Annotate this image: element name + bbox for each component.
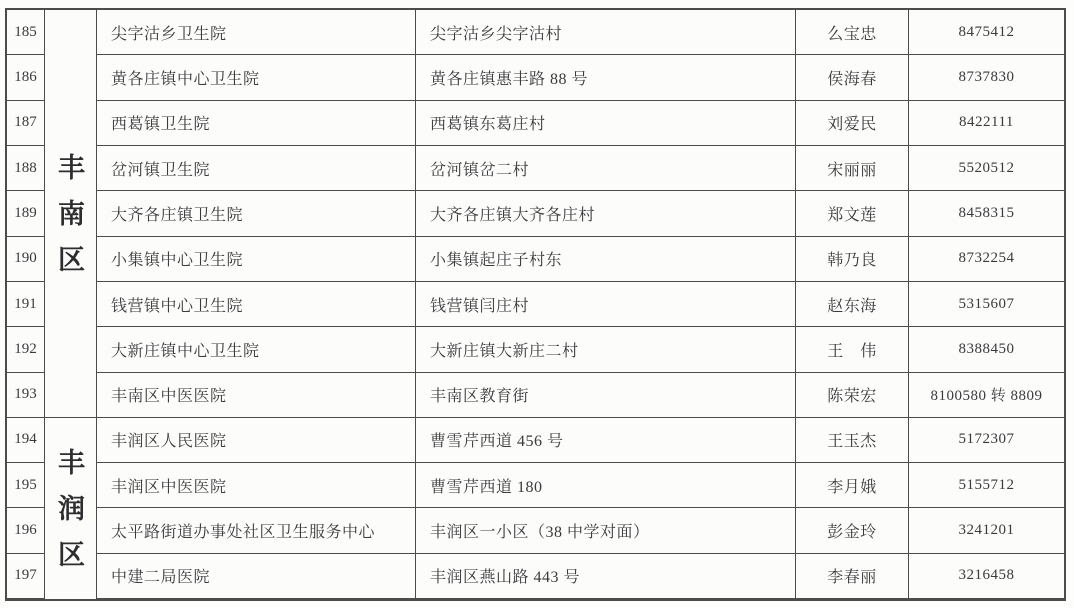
district-spacer	[45, 463, 97, 508]
district-spacer	[45, 554, 97, 599]
district-spacer	[45, 191, 97, 236]
facility-name-cell: 丰润区人民医院	[97, 418, 416, 463]
phone-cell: 3241201	[909, 508, 1064, 553]
row-number-cell: 191	[7, 282, 45, 327]
document-page: 185 尖字沽乡卫生院 尖字沽乡尖字沽村 么宝忠 8475412 186 黄各庄…	[0, 0, 1074, 608]
row-number-cell: 189	[7, 191, 45, 236]
district-spacer	[45, 327, 97, 372]
table-row: 192 大新庄镇中心卫生院 大新庄镇大新庄二村 王 伟 8388450	[7, 327, 1064, 372]
address-cell: 丰南区教育街	[416, 373, 796, 418]
row-number-cell: 188	[7, 146, 45, 191]
address-cell: 曹雪芹西道 456 号	[416, 418, 796, 463]
address-cell: 大齐各庄镇大齐各庄村	[416, 191, 796, 236]
contact-cell: 刘爱民	[796, 101, 909, 146]
facility-name-cell: 大齐各庄镇卫生院	[97, 191, 416, 236]
address-cell: 黄各庄镇惠丰路 88 号	[416, 55, 796, 100]
phone-cell: 8732254	[909, 237, 1064, 282]
contact-cell: 么宝忠	[796, 10, 909, 55]
row-number-cell: 195	[7, 463, 45, 508]
district-spacer	[45, 55, 97, 100]
facility-name-cell: 尖字沽乡卫生院	[97, 10, 416, 55]
address-cell: 钱营镇闫庄村	[416, 282, 796, 327]
phone-cell: 8388450	[909, 327, 1064, 372]
row-number-cell: 196	[7, 508, 45, 553]
row-number-cell: 197	[7, 554, 45, 599]
facility-name-cell: 大新庄镇中心卫生院	[97, 327, 416, 372]
district-spacer	[45, 10, 97, 55]
contact-cell: 陈荣宏	[796, 373, 909, 418]
facility-name-cell: 丰润区中医医院	[97, 463, 416, 508]
contact-cell: 赵东海	[796, 282, 909, 327]
address-cell: 西葛镇东葛庄村	[416, 101, 796, 146]
address-cell: 尖字沽乡尖字沽村	[416, 10, 796, 55]
district-spacer	[45, 146, 97, 191]
table-row: 195 丰润区中医医院 曹雪芹西道 180 李月娥 5155712	[7, 463, 1064, 508]
address-cell: 丰润区燕山路 443 号	[416, 554, 796, 599]
district-spacer	[45, 418, 97, 463]
row-number-cell: 194	[7, 418, 45, 463]
table-row: 186 黄各庄镇中心卫生院 黄各庄镇惠丰路 88 号 侯海春 8737830	[7, 55, 1064, 100]
table-row: 185 尖字沽乡卫生院 尖字沽乡尖字沽村 么宝忠 8475412	[7, 10, 1064, 55]
facility-name-cell: 钱营镇中心卫生院	[97, 282, 416, 327]
contact-cell: 宋丽丽	[796, 146, 909, 191]
contact-cell: 彭金玲	[796, 508, 909, 553]
district-spacer	[45, 282, 97, 327]
facility-name-cell: 西葛镇卫生院	[97, 101, 416, 146]
row-number-cell: 190	[7, 237, 45, 282]
address-cell: 小集镇起庄子村东	[416, 237, 796, 282]
phone-cell: 8737830	[909, 55, 1064, 100]
facility-name-cell: 中建二局医院	[97, 554, 416, 599]
table-row: 197 中建二局医院 丰润区燕山路 443 号 李春丽 3216458	[7, 554, 1064, 599]
district-spacer	[45, 237, 97, 282]
table-row: 196 太平路街道办事处社区卫生服务中心 丰润区一小区（38 中学对面） 彭金玲…	[7, 508, 1064, 553]
row-number-cell: 187	[7, 101, 45, 146]
contact-cell: 王 伟	[796, 327, 909, 372]
district-spacer	[45, 508, 97, 553]
contact-cell: 侯海春	[796, 55, 909, 100]
phone-cell: 5520512	[909, 146, 1064, 191]
row-number-cell: 193	[7, 373, 45, 418]
hospital-contact-table: 185 尖字沽乡卫生院 尖字沽乡尖字沽村 么宝忠 8475412 186 黄各庄…	[5, 8, 1066, 601]
phone-cell: 8422111	[909, 101, 1064, 146]
address-cell: 丰润区一小区（38 中学对面）	[416, 508, 796, 553]
contact-cell: 韩乃良	[796, 237, 909, 282]
table-row: 194 丰润区人民医院 曹雪芹西道 456 号 王玉杰 5172307	[7, 418, 1064, 463]
address-cell: 曹雪芹西道 180	[416, 463, 796, 508]
table-row: 189 大齐各庄镇卫生院 大齐各庄镇大齐各庄村 郑文莲 8458315	[7, 191, 1064, 236]
address-cell: 大新庄镇大新庄二村	[416, 327, 796, 372]
address-cell: 岔河镇岔二村	[416, 146, 796, 191]
district-spacer	[45, 101, 97, 146]
phone-cell: 5172307	[909, 418, 1064, 463]
row-number-cell: 186	[7, 55, 45, 100]
contact-cell: 李春丽	[796, 554, 909, 599]
phone-cell: 5315607	[909, 282, 1064, 327]
table-row: 193 丰南区中医医院 丰南区教育街 陈荣宏 8100580 转 8809	[7, 373, 1064, 418]
row-number-cell: 185	[7, 10, 45, 55]
contact-cell: 郑文莲	[796, 191, 909, 236]
facility-name-cell: 丰南区中医医院	[97, 373, 416, 418]
table-row: 191 钱营镇中心卫生院 钱营镇闫庄村 赵东海 5315607	[7, 282, 1064, 327]
phone-cell: 8458315	[909, 191, 1064, 236]
facility-name-cell: 太平路街道办事处社区卫生服务中心	[97, 508, 416, 553]
phone-cell: 8100580 转 8809	[909, 373, 1064, 418]
district-spacer	[45, 373, 97, 418]
table-row: 188 岔河镇卫生院 岔河镇岔二村 宋丽丽 5520512	[7, 146, 1064, 191]
contact-cell: 李月娥	[796, 463, 909, 508]
phone-cell: 3216458	[909, 554, 1064, 599]
facility-name-cell: 黄各庄镇中心卫生院	[97, 55, 416, 100]
contact-cell: 王玉杰	[796, 418, 909, 463]
facility-name-cell: 小集镇中心卫生院	[97, 237, 416, 282]
row-number-cell: 192	[7, 327, 45, 372]
phone-cell: 8475412	[909, 10, 1064, 55]
table-row: 190 小集镇中心卫生院 小集镇起庄子村东 韩乃良 8732254	[7, 237, 1064, 282]
table-row: 187 西葛镇卫生院 西葛镇东葛庄村 刘爱民 8422111	[7, 101, 1064, 146]
phone-cell: 5155712	[909, 463, 1064, 508]
facility-name-cell: 岔河镇卫生院	[97, 146, 416, 191]
